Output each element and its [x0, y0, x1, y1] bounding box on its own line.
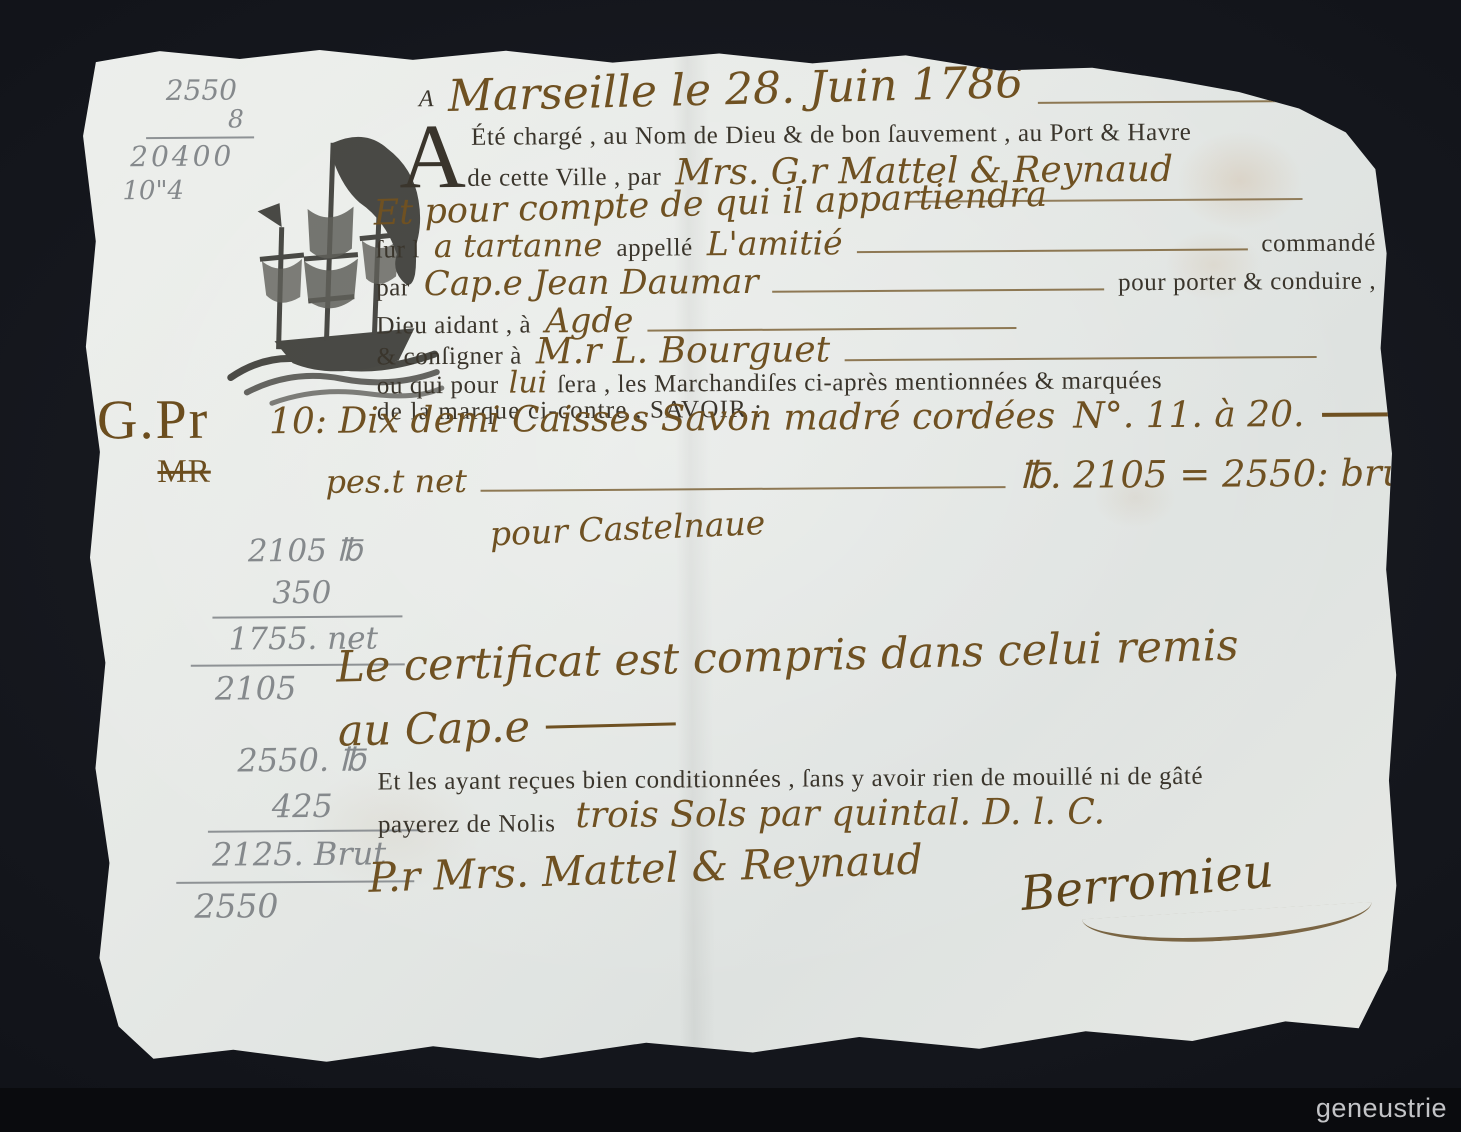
printed-text: commandé [1261, 230, 1376, 259]
ink-rule [857, 248, 1248, 253]
pour-qui-handwriting: lui [509, 365, 548, 400]
weight-value-handwriting: ℔. 2105 = 2550: brut [1019, 451, 1420, 497]
freight-handwriting: trois Sols par quintal. D. l. C. [575, 791, 1105, 836]
ink-rule [773, 288, 1104, 292]
certificate-note: Le certificat est compris dans celui rem… [336, 621, 1241, 757]
printed-line-1: Été chargé , au Nom de Dieu & de bon ſau… [471, 119, 1192, 152]
dateline-handwriting: Marseille le 28. Juin 1786 [447, 57, 1024, 122]
vessel-name-handwriting: L'amitié [707, 223, 843, 263]
pencil-rule [212, 615, 402, 618]
ink-rule [844, 356, 1316, 361]
printed-text: appellé [616, 234, 693, 263]
cargo-handwriting: 10: Dix demi Caisses Savon madré cordées [269, 396, 1055, 442]
ink-dash [1322, 412, 1407, 417]
printed-text: par [376, 274, 410, 302]
ink-rule [481, 486, 1006, 492]
vessel-type-handwriting: a tartanne [434, 226, 603, 265]
per-signature-handwriting: P.r Mrs. Mattel & Reynaud [368, 835, 924, 901]
cargo-numbers-handwriting: N°. 11. à 20. [1073, 394, 1305, 437]
dateline: A Marseille le 28. Juin 1786 [419, 60, 1299, 117]
printed-text: ou qui pour [377, 372, 499, 401]
ink-rule [1038, 100, 1299, 104]
printed-text: ſur l [376, 236, 420, 264]
castelnau-note-handwriting: pour Castelnaue [489, 503, 766, 553]
merchant-mark: G.Pr [97, 388, 210, 453]
captain-line: par Cap.e Jean Daumar pour porter & cond… [376, 258, 1376, 305]
pencil-value: 2105 ℔ [248, 532, 448, 569]
pencil-value: 2550 [166, 73, 352, 107]
photo-bottom-bar: geneustrie [0, 1088, 1461, 1132]
printed-text: ſera , les Marchandiſes ci-après mention… [557, 367, 1162, 399]
weight-line: pes.t net ℔. 2105 = 2550: brut [325, 451, 1420, 502]
clause-line-2: payerez de Nolis trois Sols par quintal.… [378, 795, 1105, 841]
captain-handwriting: Cap.e Jean Daumar [424, 262, 759, 304]
bill-of-lading-document: 2550 8 20400 10"4 [66, 21, 1405, 1084]
ink-dash [546, 722, 676, 728]
certificate-line-1: Le certificat est compris dans celui rem… [336, 621, 1239, 693]
merchant-mark-monogram: MR [157, 454, 211, 491]
printed-text: payerez de Nolis [378, 810, 556, 839]
dropcap-A: A [399, 120, 466, 194]
printed-text: pour porter & conduire , [1118, 268, 1376, 298]
watermark-text: geneustrie [1316, 1093, 1447, 1124]
weight-label-handwriting: pes.t net [325, 462, 467, 501]
cargo-line: 10: Dix demi Caisses Savon madré cordées… [269, 393, 1409, 442]
pencil-value: 350 [272, 574, 448, 611]
